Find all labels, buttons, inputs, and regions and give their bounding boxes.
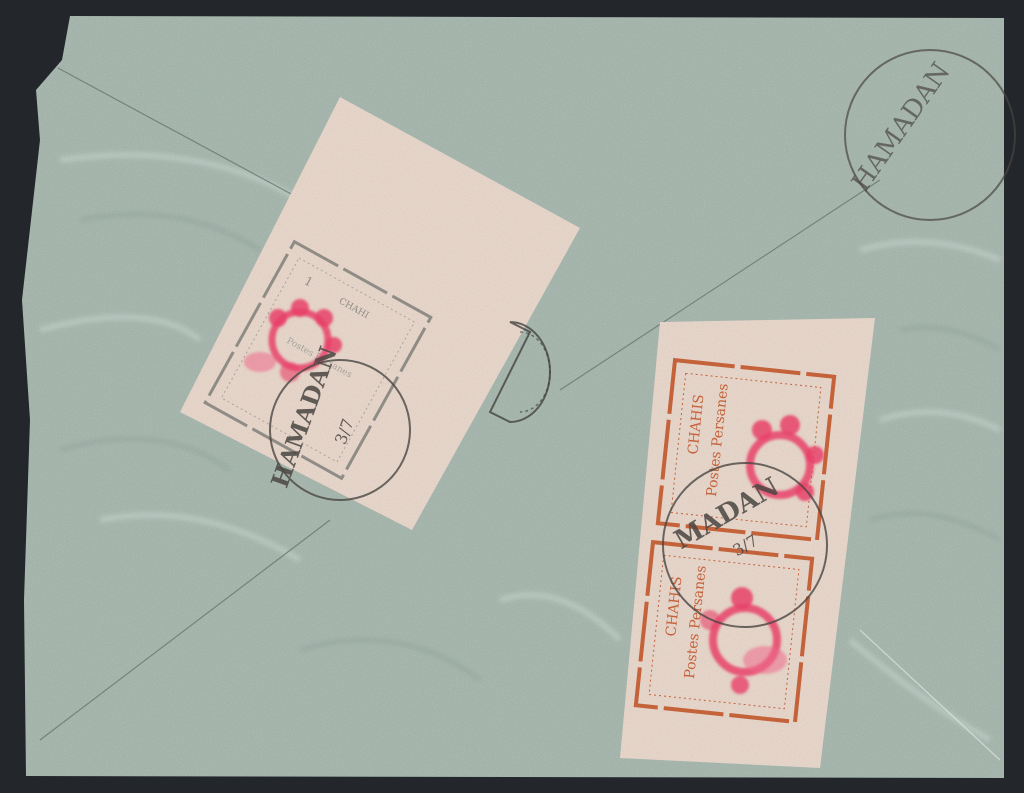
envelope-photo: 1 CHAHI Postes Persanes HAMADAN 3/7 HAMA… (0, 0, 1024, 793)
